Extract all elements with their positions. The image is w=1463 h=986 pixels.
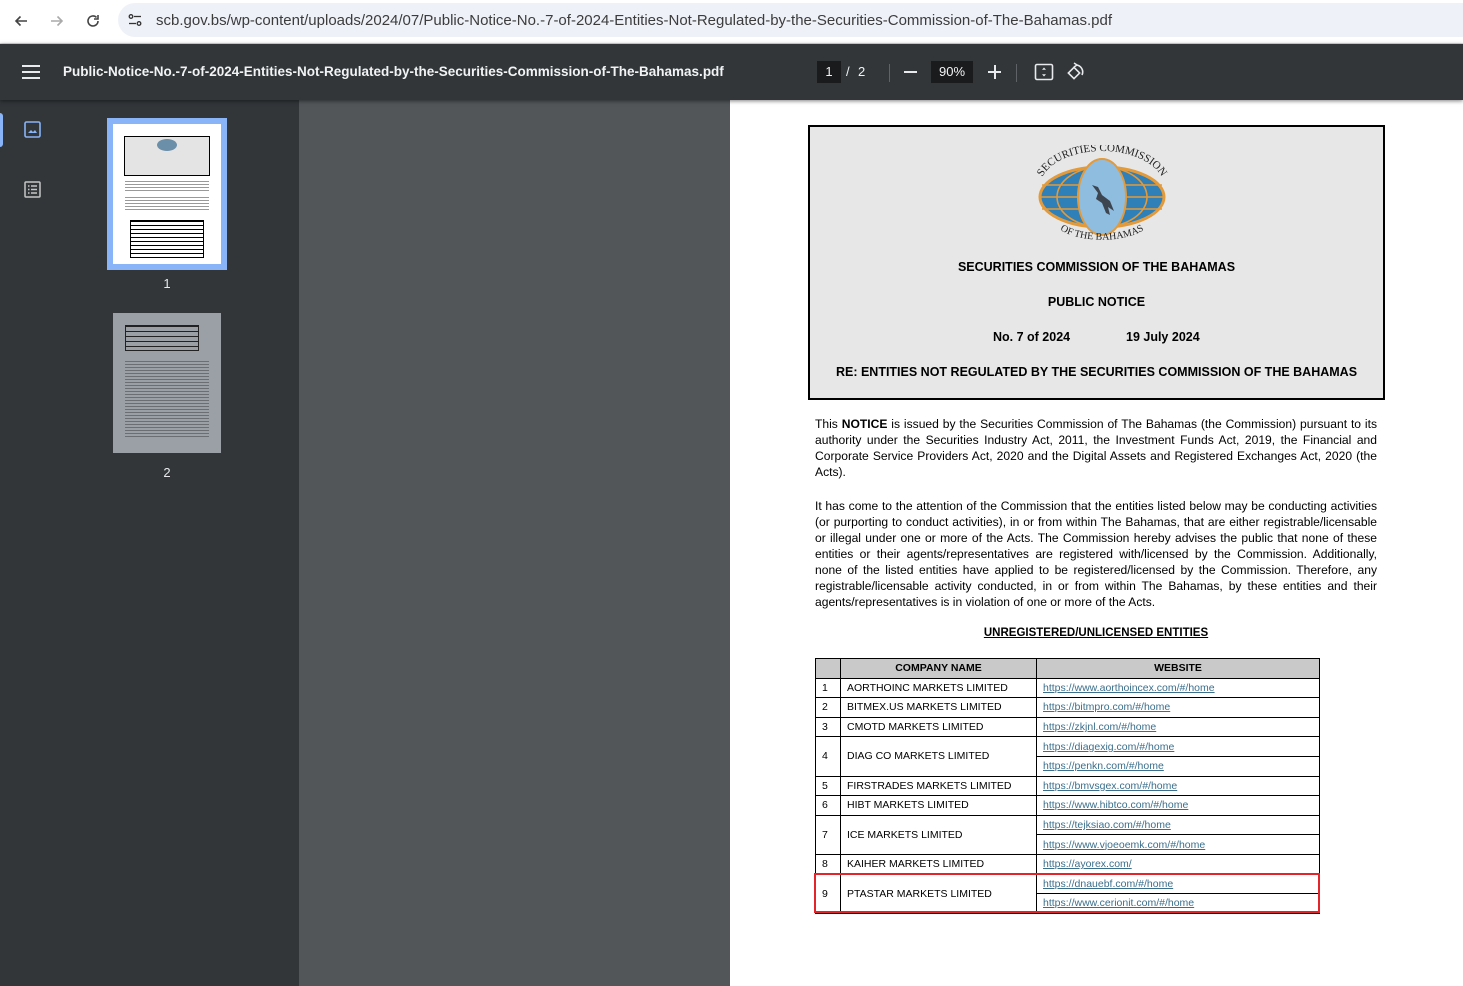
company-name: HIBT MARKETS LIMITED bbox=[841, 796, 1037, 816]
back-button[interactable] bbox=[8, 8, 34, 34]
thumbnail-view-button[interactable] bbox=[24, 121, 41, 138]
notice-subject: RE: ENTITIES NOT REGULATED BY THE SECURI… bbox=[810, 365, 1383, 379]
commission-logo-icon: SECURITIES COMMISSION OF THE BAHAMAS bbox=[1032, 145, 1172, 245]
company-name: AORTHOINC MARKETS LIMITED bbox=[841, 678, 1037, 698]
rotate-button[interactable] bbox=[1065, 61, 1087, 83]
row-number: 1 bbox=[816, 678, 841, 698]
table-row: 2BITMEX.US MARKETS LIMITEDhttps://bitmpr… bbox=[816, 698, 1320, 718]
fit-page-icon bbox=[1033, 61, 1055, 83]
hamburger-line bbox=[22, 65, 40, 67]
company-name: ICE MARKETS LIMITED bbox=[841, 815, 1037, 854]
row-number: 6 bbox=[816, 796, 841, 816]
website-cell: https://zkjnl.com/#/home bbox=[1037, 717, 1320, 737]
website-link[interactable]: https://zkjnl.com/#/home bbox=[1043, 721, 1156, 733]
thumb-text bbox=[125, 196, 209, 212]
website-cell: https://penkn.com/#/home bbox=[1037, 756, 1320, 776]
thumbnail-page-preview bbox=[113, 124, 221, 264]
thumb-text bbox=[125, 359, 209, 439]
paragraph-intro: This NOTICE is issued by the Securities … bbox=[815, 416, 1377, 480]
table-row: 6HIBT MARKETS LIMITEDhttps://www.hibtco.… bbox=[816, 796, 1320, 816]
rotate-icon bbox=[1065, 61, 1087, 83]
notice-number: No. 7 of 2024 bbox=[993, 330, 1070, 344]
thumbnail-label: 2 bbox=[157, 465, 177, 480]
table-row: 5FIRSTRADES MARKETS LIMITEDhttps://bmvsg… bbox=[816, 776, 1320, 796]
arrow-right-icon bbox=[49, 13, 65, 29]
thumbnail-sidebar: 1 2 bbox=[0, 100, 299, 986]
arrow-left-icon bbox=[13, 13, 29, 29]
website-link[interactable]: https://bitmpro.com/#/home bbox=[1043, 701, 1170, 713]
outline-view-button[interactable] bbox=[24, 181, 41, 198]
website-cell: https://ayorex.com/ bbox=[1037, 854, 1320, 874]
table-title: UNREGISTERED/UNLICENSED ENTITIES bbox=[815, 627, 1377, 639]
reload-button[interactable] bbox=[80, 8, 106, 34]
page-separator: / bbox=[846, 64, 850, 79]
menu-button[interactable] bbox=[20, 62, 42, 82]
website-link[interactable]: https://tejksiao.com/#/home bbox=[1043, 819, 1171, 831]
thumb-table bbox=[130, 220, 204, 258]
notice-header-box: SECURITIES COMMISSION OF THE BAHAMAS SEC… bbox=[808, 125, 1385, 400]
col-header-number bbox=[816, 659, 841, 679]
tune-icon bbox=[127, 12, 143, 28]
para-text: This bbox=[815, 417, 842, 431]
toolbar-divider bbox=[1016, 64, 1017, 82]
website-cell: https://www.hibtco.com/#/home bbox=[1037, 796, 1320, 816]
website-cell: https://www.aorthoincex.com/#/home bbox=[1037, 678, 1320, 698]
address-bar[interactable]: scb.gov.bs/wp-content/uploads/2024/07/Pu… bbox=[118, 3, 1463, 37]
website-cell: https://diagexig.com/#/home bbox=[1037, 737, 1320, 757]
url-text[interactable]: scb.gov.bs/wp-content/uploads/2024/07/Pu… bbox=[156, 12, 1112, 29]
row-number: 5 bbox=[816, 776, 841, 796]
website-link[interactable]: https://dnauebf.com/#/home bbox=[1043, 878, 1173, 890]
website-link[interactable]: https://ayorex.com/ bbox=[1043, 858, 1132, 870]
company-name: KAIHER MARKETS LIMITED bbox=[841, 854, 1037, 874]
company-name: DIAG CO MARKETS LIMITED bbox=[841, 737, 1037, 776]
thumb-text bbox=[125, 180, 209, 192]
website-link[interactable]: https://www.hibtco.com/#/home bbox=[1043, 799, 1188, 811]
forward-button[interactable] bbox=[44, 8, 70, 34]
website-link[interactable]: https://www.cerionit.com/#/home bbox=[1043, 897, 1194, 909]
table-row: 3CMOTD MARKETS LIMITEDhttps://zkjnl.com/… bbox=[816, 717, 1320, 737]
pdf-page: SECURITIES COMMISSION OF THE BAHAMAS SEC… bbox=[730, 100, 1463, 986]
org-name-heading: SECURITIES COMMISSION OF THE BAHAMAS bbox=[810, 260, 1383, 274]
website-link[interactable]: https://bmvsgex.com/#/home bbox=[1043, 780, 1177, 792]
thumb-logo bbox=[157, 139, 177, 151]
table-row: 1AORTHOINC MARKETS LIMITEDhttps://www.ao… bbox=[816, 678, 1320, 698]
website-cell: https://tejksiao.com/#/home bbox=[1037, 815, 1320, 835]
table-row: 9PTASTAR MARKETS LIMITEDhttps://dnauebf.… bbox=[816, 874, 1320, 894]
notice-date: 19 July 2024 bbox=[1126, 330, 1200, 344]
col-header-company: COMPANY NAME bbox=[841, 659, 1037, 679]
row-number: 3 bbox=[816, 717, 841, 737]
row-number: 4 bbox=[816, 737, 841, 776]
reload-icon bbox=[85, 13, 101, 29]
table-header-row: COMPANY NAME WEBSITE bbox=[816, 659, 1320, 679]
image-icon bbox=[24, 121, 41, 138]
paragraph-attention: It has come to the attention of the Comm… bbox=[815, 498, 1377, 610]
zoom-out-button[interactable] bbox=[900, 61, 922, 83]
zoom-level-input[interactable]: 90% bbox=[931, 61, 973, 83]
page-thumbnail-1[interactable] bbox=[107, 118, 227, 270]
company-name: BITMEX.US MARKETS LIMITED bbox=[841, 698, 1037, 718]
page-total: 2 bbox=[858, 64, 865, 79]
website-cell: https://bitmpro.com/#/home bbox=[1037, 698, 1320, 718]
website-cell: https://bmvsgex.com/#/home bbox=[1037, 776, 1320, 796]
notice-type-heading: PUBLIC NOTICE bbox=[810, 295, 1383, 309]
company-name: FIRSTRADES MARKETS LIMITED bbox=[841, 776, 1037, 796]
para-bold-notice: NOTICE bbox=[842, 417, 888, 431]
website-link[interactable]: https://www.aorthoincex.com/#/home bbox=[1043, 682, 1215, 694]
active-view-indicator bbox=[0, 113, 3, 147]
hamburger-line bbox=[22, 77, 40, 79]
row-number: 2 bbox=[816, 698, 841, 718]
website-cell: https://www.vjoeoemk.com/#/home bbox=[1037, 835, 1320, 855]
website-link[interactable]: https://diagexig.com/#/home bbox=[1043, 741, 1174, 753]
website-link[interactable]: https://www.vjoeoemk.com/#/home bbox=[1043, 839, 1205, 851]
document-title: Public-Notice-No.-7-of-2024-Entities-Not… bbox=[63, 64, 724, 79]
thumb-table bbox=[125, 325, 199, 351]
para-text: is issued by the Securities Commission o… bbox=[815, 417, 1377, 479]
table-row: 7ICE MARKETS LIMITEDhttps://tejksiao.com… bbox=[816, 815, 1320, 835]
website-cell: https://www.cerionit.com/#/home bbox=[1037, 894, 1320, 914]
page-thumbnail-2[interactable] bbox=[113, 313, 221, 453]
entities-table: COMPANY NAME WEBSITE 1AORTHOINC MARKETS … bbox=[815, 658, 1320, 914]
browser-toolbar: scb.gov.bs/wp-content/uploads/2024/07/Pu… bbox=[0, 0, 1463, 44]
table-row: 4DIAG CO MARKETS LIMITEDhttps://diagexig… bbox=[816, 737, 1320, 757]
website-link[interactable]: https://penkn.com/#/home bbox=[1043, 760, 1164, 772]
company-name: CMOTD MARKETS LIMITED bbox=[841, 717, 1037, 737]
zoom-in-button[interactable] bbox=[984, 61, 1006, 83]
list-icon bbox=[24, 181, 41, 198]
thumbnail-label: 1 bbox=[157, 276, 177, 291]
row-number: 8 bbox=[816, 854, 841, 874]
row-number: 9 bbox=[816, 874, 841, 913]
fit-to-page-button[interactable] bbox=[1033, 61, 1055, 83]
website-cell: https://dnauebf.com/#/home bbox=[1037, 874, 1320, 894]
site-info-button[interactable] bbox=[122, 7, 148, 33]
hamburger-line bbox=[22, 71, 40, 73]
table-row: 8KAIHER MARKETS LIMITEDhttps://ayorex.co… bbox=[816, 854, 1320, 874]
company-name: PTASTAR MARKETS LIMITED bbox=[841, 874, 1037, 913]
row-number: 7 bbox=[816, 815, 841, 854]
toolbar-divider bbox=[889, 64, 890, 82]
pdf-toolbar: Public-Notice-No.-7-of-2024-Entities-Not… bbox=[0, 44, 1463, 100]
page-number-input[interactable]: 1 bbox=[817, 61, 841, 83]
col-header-website: WEBSITE bbox=[1037, 659, 1320, 679]
